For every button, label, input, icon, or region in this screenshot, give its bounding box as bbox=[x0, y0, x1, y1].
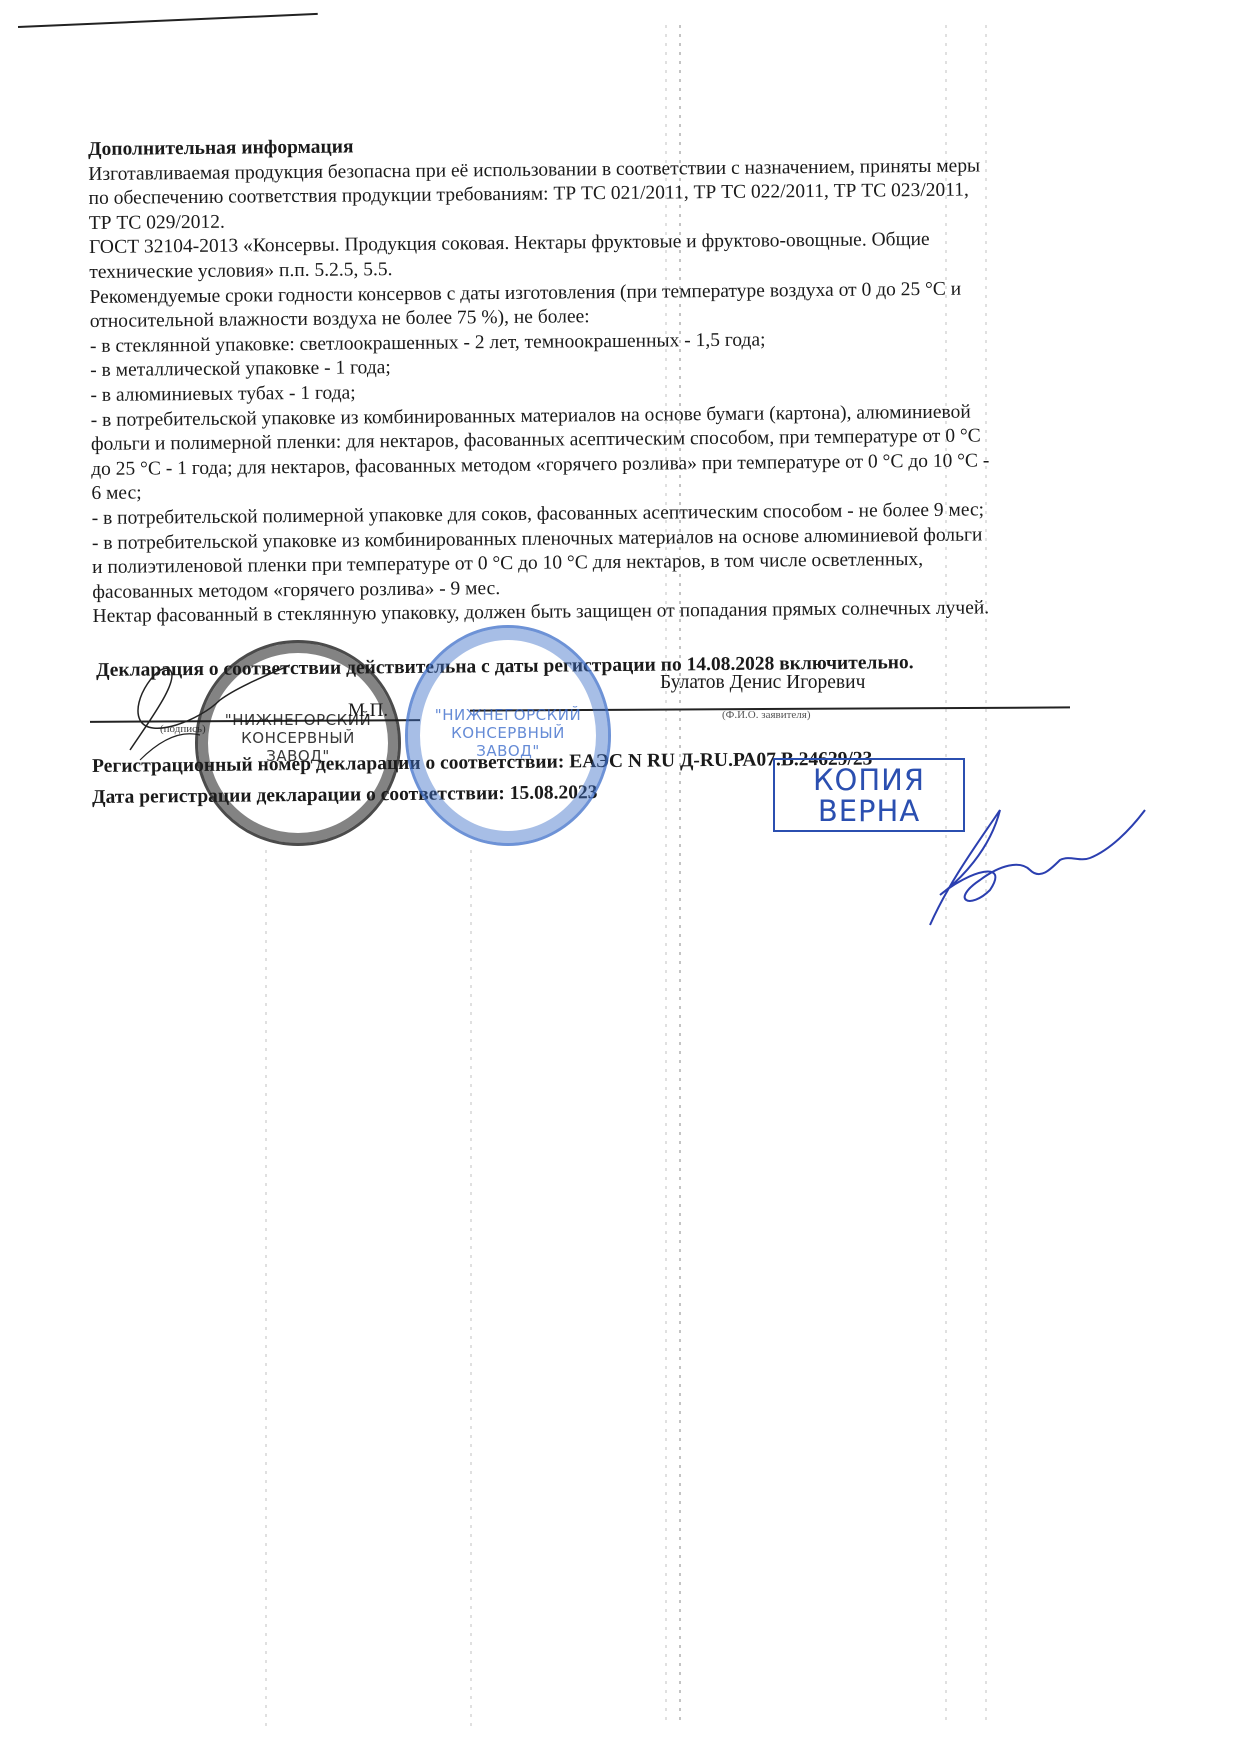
additional-info-section: Дополнительная информация Изготавливаема… bbox=[88, 128, 1123, 630]
signer-name: Булатов Денис Игоревич bbox=[660, 672, 865, 694]
scan-artifact-top-line bbox=[18, 13, 318, 28]
seal-text: "НИЖНЕГОРСКИЙ КОНСЕРВНЫЙ ЗАВОД" bbox=[408, 706, 608, 760]
scan-streak bbox=[265, 850, 267, 1730]
fio-caption: (Ф.И.О. заявителя) bbox=[722, 709, 811, 721]
scan-streak bbox=[470, 850, 472, 1730]
signature-scribble-icon bbox=[110, 660, 290, 770]
signature-icon bbox=[900, 800, 1150, 930]
document-page: Дополнительная информация Изготавливаема… bbox=[0, 0, 1240, 1754]
company-seal-blue: "НИЖНЕГОРСКИЙ КОНСЕРВНЫЙ ЗАВОД" bbox=[405, 625, 611, 846]
